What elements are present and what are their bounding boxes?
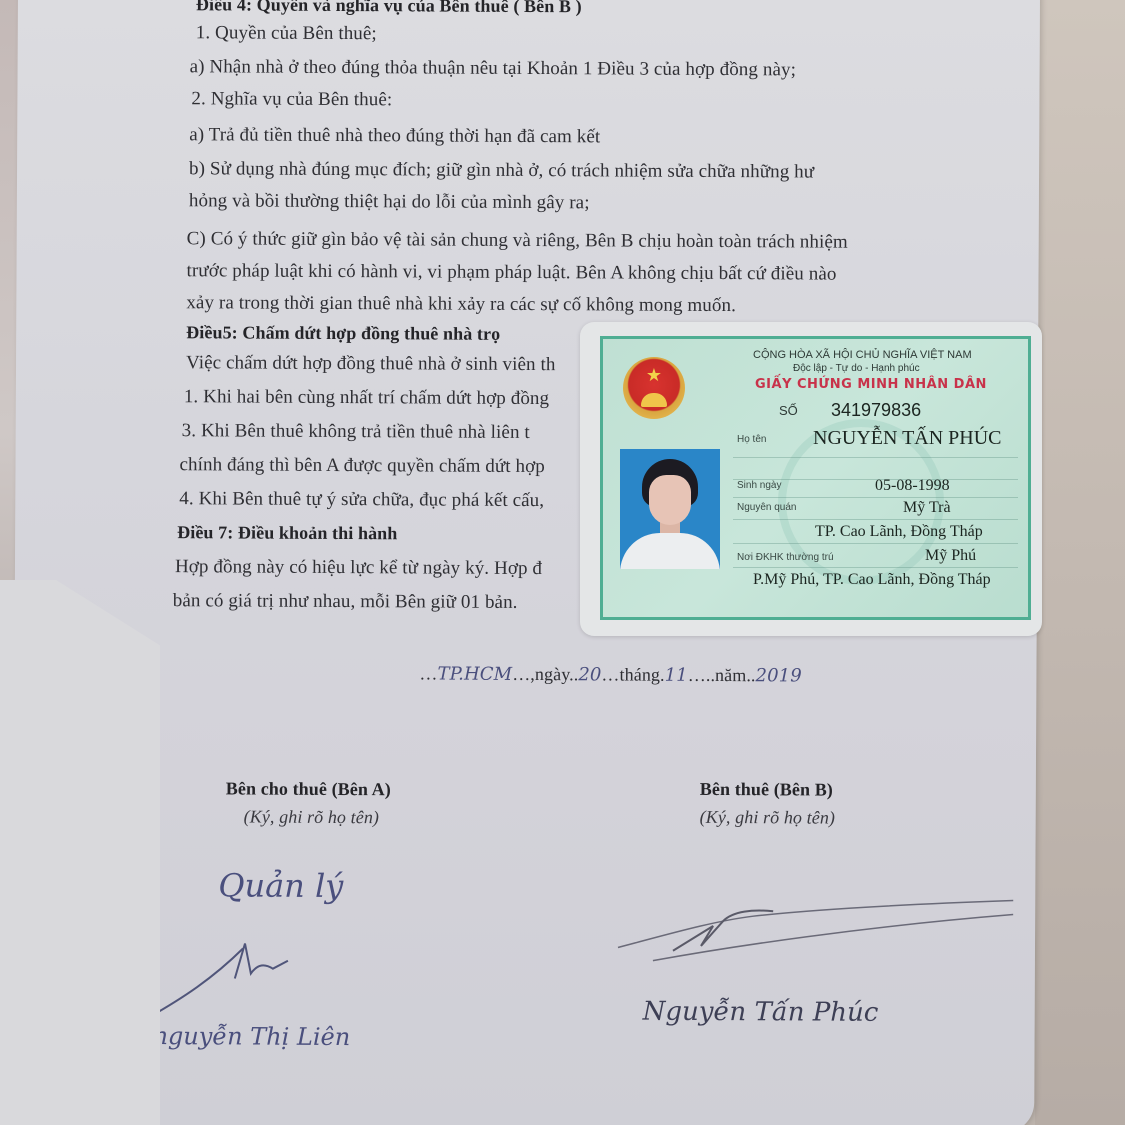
country-name: CỘNG HÒA XÃ HỘI CHỦ NGHĨA VIỆT NAM (753, 349, 972, 361)
sheet-underneath (0, 580, 160, 1125)
residence-line1: Mỹ Phú (925, 547, 976, 565)
origin-line2: TP. Cao Lãnh, Đồng Tháp (815, 523, 983, 541)
residence-label: Nơi ĐKHK thường trú (737, 552, 834, 563)
dob-label: Sinh ngày (737, 480, 781, 491)
national-emblem-icon: ★ (623, 357, 685, 419)
number-label: SỐ (779, 403, 798, 418)
id-card-face: ★ CỘNG HÒA XÃ HỘI CHỦ NGHĨA VIỆT NAM Độc… (600, 336, 1031, 620)
date-of-birth: 05-08-1998 (875, 477, 950, 495)
holder-name: NGUYỄN TẤN PHÚC (813, 427, 1002, 450)
name-label: Họ tên (737, 434, 766, 445)
origin-label: Nguyên quán (737, 502, 797, 513)
table-surface-right (1035, 0, 1125, 1125)
residence-line2: P.Mỹ Phú, TP. Cao Lãnh, Đồng Tháp (753, 571, 991, 589)
motto: Độc lập - Tự do - Hạnh phúc (793, 363, 920, 374)
id-photo (620, 449, 720, 569)
id-number: 341979836 (831, 400, 921, 421)
card-title: GIẤY CHỨNG MINH NHÂN DÂN (755, 377, 987, 392)
origin-line1: Mỹ Trà (903, 499, 951, 517)
id-card: ★ CỘNG HÒA XÃ HỘI CHỦ NGHĨA VIỆT NAM Độc… (580, 322, 1042, 636)
